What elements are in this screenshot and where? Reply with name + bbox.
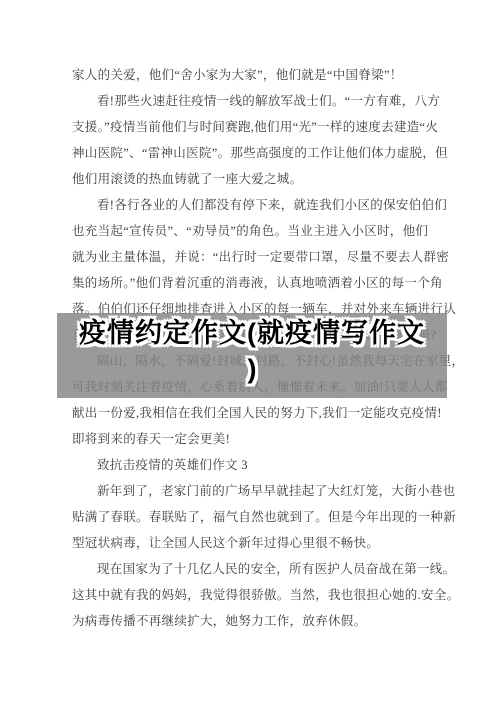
doc-line: 型冠状病毒，让全国人民这个新年过得心里很不畅快。 <box>72 530 452 556</box>
doc-line-text: 贴满了春联。春联贴了，福气自然也就到了。但是今年出现的一种新 <box>72 510 456 524</box>
doc-line: 为病毒传播不再继续扩大，她努力工作，放弃休假。 <box>72 608 452 634</box>
doc-line: 就为业主量体温，并说：“出行时一定要带口罩，尽量不要去人群密 <box>72 244 452 270</box>
doc-line: 献出一份爱,我相信在我们全国人民的努力下,我们一定能攻克疫情! <box>72 400 452 426</box>
doc-line-text: 就为业主量体温，并说：“出行时一定要带口罩，尽量不要去人群密 <box>72 250 449 264</box>
doc-line-text: 为病毒传播不再继续扩大，她努力工作，放弃休假。 <box>72 614 366 628</box>
watermark-title-line2: ) <box>57 349 447 389</box>
doc-line: 看!各行各业的人们都没有停下来，就连我们小区的保安伯伯们 <box>72 192 452 218</box>
doc-line-text: 集的场所。”他们背着沉重的消毒液，认真地喷洒着小区的每一个角 <box>72 276 443 290</box>
doc-line-text: 新年到了，老家门前的广场早早就挂起了大红灯笼，大街小巷也 <box>97 484 455 498</box>
doc-line-text: 即将到来的春天一定会更美! <box>72 432 230 446</box>
doc-line: 神山医院”、“雷神山医院”。那些高强度的工作让他们体力虚脱，但 <box>72 140 452 166</box>
doc-line-text: 也充当起“宣传员”、“劝导员”的角色。当业主进入小区时，他们 <box>72 224 428 238</box>
doc-line: 新年到了，老家门前的广场早早就挂起了大红灯笼，大街小巷也 <box>72 478 452 504</box>
doc-line-text: 家人的关爱，他们“舍小家为大家”，他们就是“中国脊梁”！ <box>72 68 403 82</box>
doc-line: 致抗击疫情的英雄们作文 3 <box>72 452 452 478</box>
doc-line: 贴满了春联。春联贴了，福气自然也就到了。但是今年出现的一种新 <box>72 504 452 530</box>
doc-line: 他们用滚烫的热血铸就了一座大爱之城。 <box>72 166 452 192</box>
doc-line-text: 神山医院”、“雷神山医院”。那些高强度的工作让他们体力虚脱，但 <box>72 146 448 160</box>
doc-line: 即将到来的春天一定会更美! <box>72 426 452 452</box>
doc-line: 家人的关爱，他们“舍小家为大家”，他们就是“中国脊梁”！ <box>72 62 452 88</box>
doc-line: 集的场所。”他们背着沉重的消毒液，认真地喷洒着小区的每一个角 <box>72 270 452 296</box>
watermark-title-line1: 疫情约定作文(就疫情写作文 <box>57 316 447 350</box>
doc-line: 支援。”疫情当前他们与时间赛跑,他们用“光”一样的速度去建造“火 <box>72 114 452 140</box>
doc-line-text: 看!那些火速赶往疫情一线的解放军战士们。“一方有难，八方 <box>97 94 440 108</box>
doc-line-text: 型冠状病毒，让全国人民这个新年过得心里很不畅快。 <box>72 536 379 550</box>
doc-line: 这其中就有我的妈妈，我觉得很骄傲。当然，我也很担心她的.安全。 <box>72 582 452 608</box>
doc-line-text: 他们用滚烫的热血铸就了一座大爱之城。 <box>72 172 302 186</box>
doc-line: 看!那些火速赶往疫情一线的解放军战士们。“一方有难，八方 <box>72 88 452 114</box>
doc-line-text: 致抗击疫情的英雄们作文 3 <box>97 458 248 472</box>
document-page: 家人的关爱，他们“舍小家为大家”，他们就是“中国脊梁”！看!那些火速赶往疫情一线… <box>0 0 500 707</box>
doc-line-text: 支援。”疫情当前他们与时间赛跑,他们用“光”一样的速度去建造“火 <box>72 120 438 134</box>
doc-line: 现在国家为了十几亿人民的安全，所有医护人员奋战在第一线。 <box>72 556 452 582</box>
doc-line: 也充当起“宣传员”、“劝导员”的角色。当业主进入小区时，他们 <box>72 218 452 244</box>
doc-line-text: 看!各行各业的人们都没有停下来，就连我们小区的保安伯伯们 <box>97 198 447 212</box>
doc-line-text: 这其中就有我的妈妈，我觉得很骄傲。当然，我也很担心她的.安全。 <box>72 588 459 602</box>
doc-line-text: 献出一份爱,我相信在我们全国人民的努力下,我们一定能攻克疫情! <box>72 406 442 420</box>
watermark-title-band: 疫情约定作文(就疫情写作文 ) <box>57 313 447 398</box>
doc-line-text: 现在国家为了十几亿人民的安全，所有医护人员奋战在第一线。 <box>97 562 455 576</box>
